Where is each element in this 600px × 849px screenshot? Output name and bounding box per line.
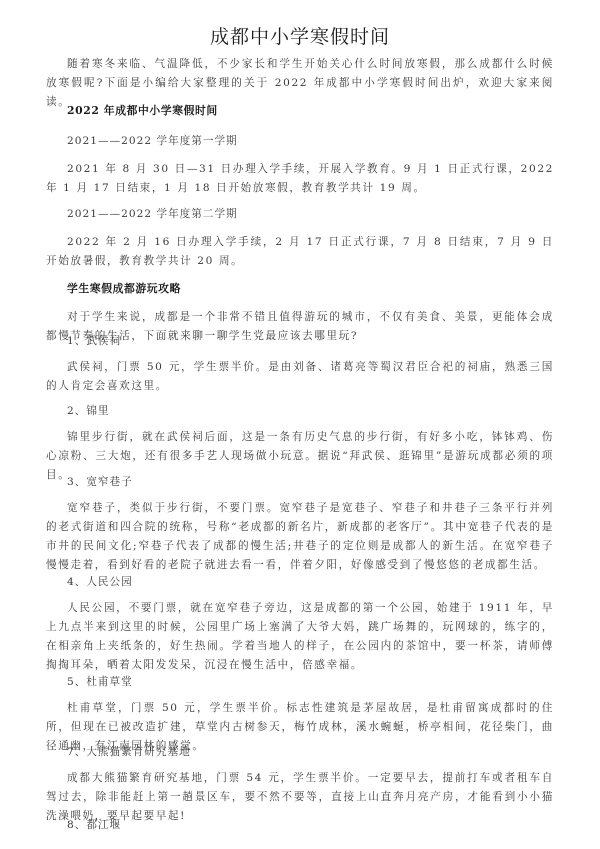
term1-label: 2021——2022 学年度第一学期	[67, 133, 238, 148]
item-label-du-fu-thatched-cottage: 5、杜甫草堂	[67, 674, 133, 689]
item-text-peoples-park: 人民公园，不要门票，就在宽窄巷子旁边，这是成都的第一个公园，始建于 1911 年…	[46, 599, 554, 675]
term1-paragraph: 2021 年 8 月 30 日—31 日办理入学手续，开展入学教育。9 月 1 …	[46, 160, 554, 198]
item-label-wuhou-shrine: 1、武侯祠	[67, 333, 121, 348]
item-text-wuhou-shrine: 武侯祠，门票 50 元，学生票半价。是由刘备、诸葛亮等蜀汉君臣合祀的祠庙，熟悉三…	[46, 358, 554, 396]
term2-label: 2021——2022 学年度第二学期	[67, 206, 238, 221]
section-heading-travel-guide: 学生寒假成都游玩攻略	[67, 281, 181, 296]
page-title: 成都中小学寒假时间	[0, 22, 600, 49]
item-label-kuanzhai-alley: 3、宽窄巷子	[67, 474, 133, 489]
travel-intro-paragraph: 对于学生来说，成都是一个非常不错且值得游玩的城市，不仅有美食、美景，更能体会成都…	[46, 308, 554, 346]
item-text-kuanzhai-alley: 宽窄巷子，类似于步行街，不要门票。宽窄巷子是宽巷子、窄巷子和井巷子三条平行并列的…	[46, 499, 554, 575]
item-label-dujiangyan: 8、都江堰	[67, 817, 121, 832]
item-label-peoples-park: 4、人民公园	[67, 574, 133, 589]
item-label-jinli: 2、锦里	[67, 403, 110, 418]
section-heading-winter-break-schedule: 2022 年成都中小学寒假时间	[67, 103, 218, 118]
item-label-panda-base: 7、大熊猫繁育研究基地	[67, 744, 191, 759]
document-page: 成都中小学寒假时间 随着寒冬来临、气温降低，不少家长和学生开始关心什么时间放寒假…	[0, 0, 600, 849]
term2-paragraph: 2022 年 2 月 16 日办理入学手续，2 月 17 日正式行课，7 月 8…	[46, 233, 554, 271]
item-text-panda-base: 成都大熊猫繁育研究基地，门票 54 元，学生票半价。一定要早去，提前打车或者租车…	[46, 769, 554, 826]
